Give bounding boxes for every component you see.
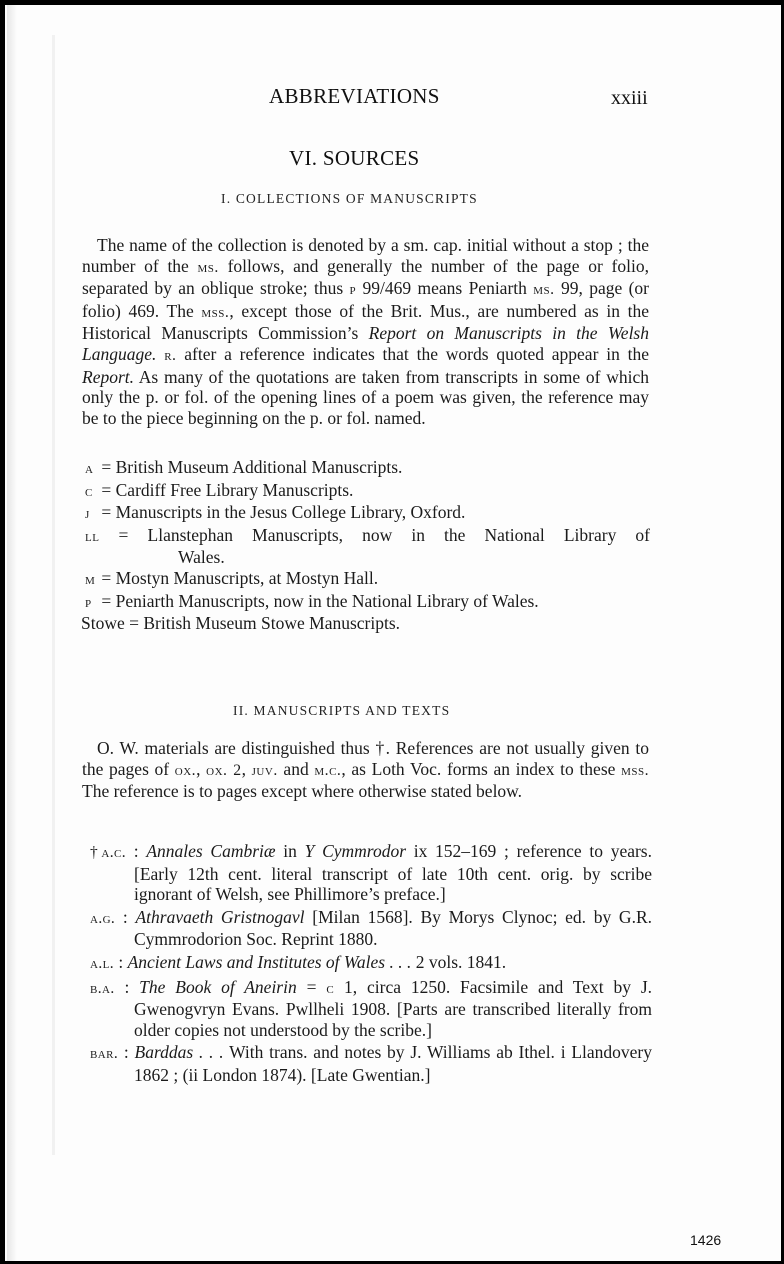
scan-gutter-shadow	[7, 5, 17, 1261]
collection-item: m = Mostyn Manuscripts, at Mostyn Hall.	[85, 568, 650, 591]
document-page: ABBREVIATIONS xxiii VI. SOURCES I. COLLE…	[5, 5, 781, 1261]
collection-item: j = Manuscripts in the Jesus College Lib…	[85, 502, 650, 525]
running-head: ABBREVIATIONS	[269, 84, 440, 109]
collection-item: ll = Llanstephan Manuscripts, now in the…	[85, 525, 650, 548]
scan-page-number: 1426	[690, 1232, 721, 1248]
collection-item: c = Cardiff Free Library Manuscripts.	[85, 480, 650, 503]
source-entry-a-l: a.l. : Ancient Laws and Institutes of Wa…	[90, 952, 652, 975]
collections-heading: I. COLLECTIONS OF MANUSCRIPTS	[221, 191, 478, 207]
source-entry-bar: bar. : Barddas . . . With trans. and not…	[90, 1042, 652, 1085]
source-entry-a-g: a.g. : Athravaeth Gristnogavl [Milan 156…	[90, 907, 652, 950]
texts-heading: II. MANUSCRIPTS AND TEXTS	[233, 703, 450, 719]
page-folio: xxiii	[611, 87, 648, 110]
scan-gutter-line	[52, 35, 55, 1155]
collections-list: a = British Museum Additional Manuscript…	[85, 457, 650, 634]
collections-intro-paragraph: The name of the collection is denoted by…	[82, 235, 649, 428]
collection-item: Stowe = British Museum Stowe Manuscripts…	[81, 613, 650, 634]
source-entry-b-a: b.a. : The Book of Aneirin = c 1, circa …	[90, 977, 652, 1041]
collection-item-continuation: Wales.	[85, 547, 650, 568]
texts-intro-paragraph: O. W. materials are distinguished thus †…	[82, 738, 649, 802]
section-title: VI. SOURCES	[289, 146, 420, 171]
collection-item: p = Peniarth Manuscripts, now in the Nat…	[85, 591, 650, 614]
collection-item: a = British Museum Additional Manuscript…	[85, 457, 650, 480]
source-entry-a-c: †a.c. : Annales Cambriæ in Y Cymmrodor i…	[90, 841, 652, 905]
texts-entries: †a.c. : Annales Cambriæ in Y Cymmrodor i…	[90, 841, 652, 1088]
